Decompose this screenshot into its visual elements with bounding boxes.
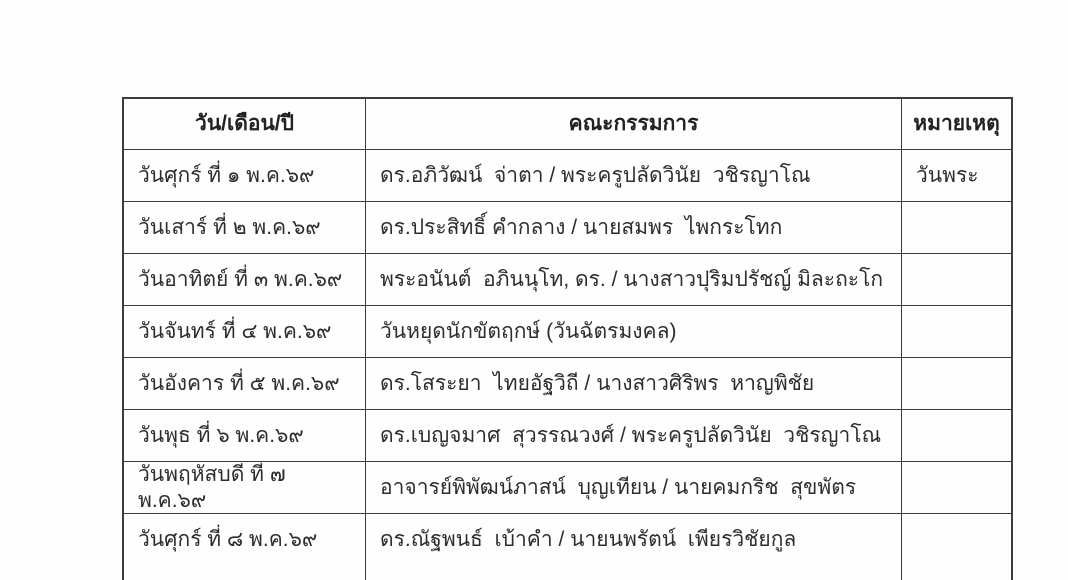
table-row: วันอาทิตย์ ที่ ๓ พ.ค.๖๙ พระอนันต์ อภินนุ… — [124, 254, 1011, 306]
table-row: วันศุกร์ ที่ ๘ พ.ค.๖๙ ดร.ณัฐพนธ์ เบ้าคำ … — [124, 514, 1011, 566]
note-cell — [902, 462, 1011, 513]
table-row: วันอังคาร ที่ ๕ พ.ค.๖๙ ดร.โสระยา ไทยอัฐว… — [124, 358, 1011, 410]
date-cell: วันจันทร์ ที่ ๔ พ.ค.๖๙ — [124, 306, 366, 357]
committee-cell: ดร.ประสิทธิ์ คำกลาง / นายสมพร ไพกระโทก — [366, 202, 902, 253]
committee-cell: ดร.โสระยา ไทยอัฐวิถี / นางสาวศิริพร หาญพ… — [366, 358, 902, 409]
table-row: วันเสาร์ ที่ ๒ พ.ค.๖๙ ดร.ประสิทธิ์ คำกลา… — [124, 202, 1011, 254]
note-cell — [902, 306, 1011, 357]
table-row: วันศุกร์ ที่ ๑ พ.ค.๖๙ ดร.อภิวัฒน์ จ่าตา … — [124, 150, 1011, 202]
date-cell — [124, 566, 366, 580]
note-cell: วันพระ — [902, 150, 1011, 201]
date-cell: วันเสาร์ ที่ ๒ พ.ค.๖๙ — [124, 202, 366, 253]
table-body: วันศุกร์ ที่ ๑ พ.ค.๖๙ ดร.อภิวัฒน์ จ่าตา … — [124, 150, 1011, 566]
note-cell — [902, 566, 1011, 580]
date-cell: วันอาทิตย์ ที่ ๓ พ.ค.๖๙ — [124, 254, 366, 305]
committee-cell: พระอนันต์ อภินนุโท, ดร. / นางสาวปุริมปรั… — [366, 254, 902, 305]
committee-cell: ดร.อภิวัฒน์ จ่าตา / พระครูปลัดวินัย วชิร… — [366, 150, 902, 201]
table-row: วันจันทร์ ที่ ๔ พ.ค.๖๙ วันหยุดนักขัตฤกษ์… — [124, 306, 1011, 358]
note-cell — [902, 514, 1011, 566]
committee-cell — [366, 566, 902, 580]
date-cell: วันอังคาร ที่ ๕ พ.ค.๖๙ — [124, 358, 366, 409]
date-cell: วันศุกร์ ที่ ๑ พ.ค.๖๙ — [124, 150, 366, 201]
table-row-partial — [124, 566, 1011, 580]
note-cell — [902, 358, 1011, 409]
committee-cell: ดร.ณัฐพนธ์ เบ้าคำ / นายนพรัตน์ เพียรวิชั… — [366, 514, 902, 566]
table-header-row: วัน/เดือน/ปี คณะกรรมการ หมายเหตุ — [124, 99, 1011, 150]
date-cell: วันศุกร์ ที่ ๘ พ.ค.๖๙ — [124, 514, 366, 566]
date-cell: วันพฤหัสบดี ที่ ๗ พ.ค.๖๙ — [124, 462, 366, 513]
committee-cell: ดร.เบญจมาศ สุวรรณวงศ์ / พระครูปลัดวินัย … — [366, 410, 902, 461]
committee-cell: อาจารย์พิพัฒน์ภาสน์ บุญเทียน / นายคมกริช… — [366, 462, 902, 513]
committee-cell: วันหยุดนักขัตฤกษ์ (วันฉัตรมงคล) — [366, 306, 902, 357]
committee-schedule-table: วัน/เดือน/ปี คณะกรรมการ หมายเหตุ วันศุกร… — [122, 97, 1013, 580]
table-row: วันพุธ ที่ ๖ พ.ค.๖๙ ดร.เบญจมาศ สุวรรณวงศ… — [124, 410, 1011, 462]
date-cell: วันพุธ ที่ ๖ พ.ค.๖๙ — [124, 410, 366, 461]
table-row: วันพฤหัสบดี ที่ ๗ พ.ค.๖๙ อาจารย์พิพัฒน์ภ… — [124, 462, 1011, 514]
note-cell — [902, 254, 1011, 305]
scanned-document-page: วัน/เดือน/ปี คณะกรรมการ หมายเหตุ วันศุกร… — [0, 0, 1068, 580]
note-cell — [902, 202, 1011, 253]
header-committee-column: คณะกรรมการ — [366, 99, 902, 149]
header-note-column: หมายเหตุ — [902, 99, 1011, 149]
note-cell — [902, 410, 1011, 461]
header-date-column: วัน/เดือน/ปี — [124, 99, 366, 149]
